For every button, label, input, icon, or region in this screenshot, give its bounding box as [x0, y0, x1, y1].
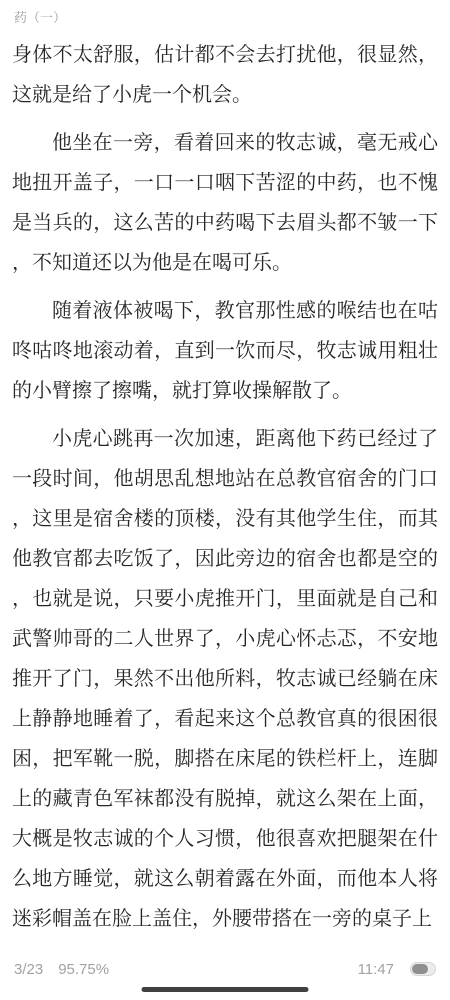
paragraph: 身体不太舒服，估计都不会去打扰他，很显然，这就是给了小虎一个机会。	[12, 35, 438, 115]
status-bar: 3/23 95.75% 11:47	[0, 958, 450, 980]
page-indicator: 3/23	[14, 961, 43, 978]
status-bar-right: 11:47	[358, 961, 436, 978]
paragraph: 小虎心跳再一次加速，距离他下药已经过了一段时间，他胡思乱想地站在总教官宿舍的门口…	[12, 419, 438, 939]
reading-progress: 95.75%	[58, 961, 109, 978]
home-indicator[interactable]	[142, 987, 309, 992]
clock-time: 11:47	[358, 961, 394, 978]
battery-70-icon	[410, 962, 436, 976]
reading-content: 身体不太舒服，估计都不会去打扰他，很显然，这就是给了小虎一个机会。 他坐在一旁，…	[0, 27, 450, 947]
reader-page[interactable]: 药（一） 身体不太舒服，估计都不会去打扰他，很显然，这就是给了小虎一个机会。 他…	[0, 0, 450, 1000]
status-bar-left: 3/23 95.75%	[14, 961, 109, 978]
paragraph: 随着液体被喝下，教官那性感的喉结也在咕咚咕咚地滚动着，直到一饮而尽，牧志诚用粗壮…	[12, 291, 438, 411]
battery-fill	[412, 964, 428, 974]
paragraph: 他坐在一旁，看着回来的牧志诚，毫无戒心地扭开盖子，一口一口咽下苦涩的中药，也不愧…	[12, 123, 438, 283]
chapter-title: 药（一）	[0, 0, 450, 27]
